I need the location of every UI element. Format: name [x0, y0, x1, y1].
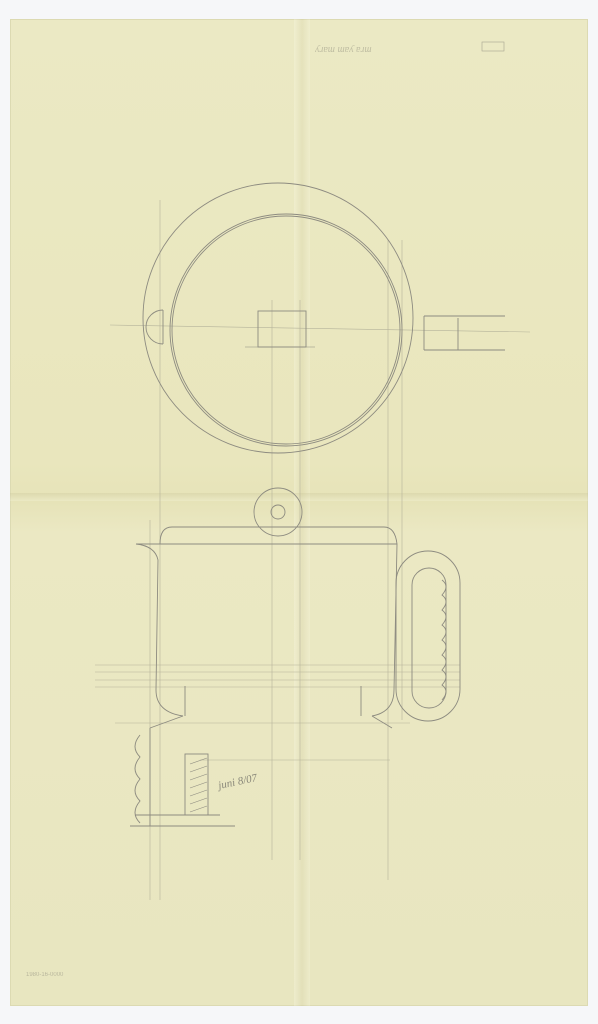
- construction-lines: [95, 200, 530, 900]
- plan-view: [143, 183, 505, 453]
- mirrored-note: ʎɹɐɯ ɯɐʎ ɐɹɯ: [315, 44, 372, 55]
- stamp-mark: [482, 42, 504, 51]
- section-detail: [130, 728, 235, 826]
- accession-label: 1980-16-0000: [26, 972, 63, 978]
- pencil-drawing: [0, 0, 598, 1024]
- side-elevation: [136, 488, 460, 728]
